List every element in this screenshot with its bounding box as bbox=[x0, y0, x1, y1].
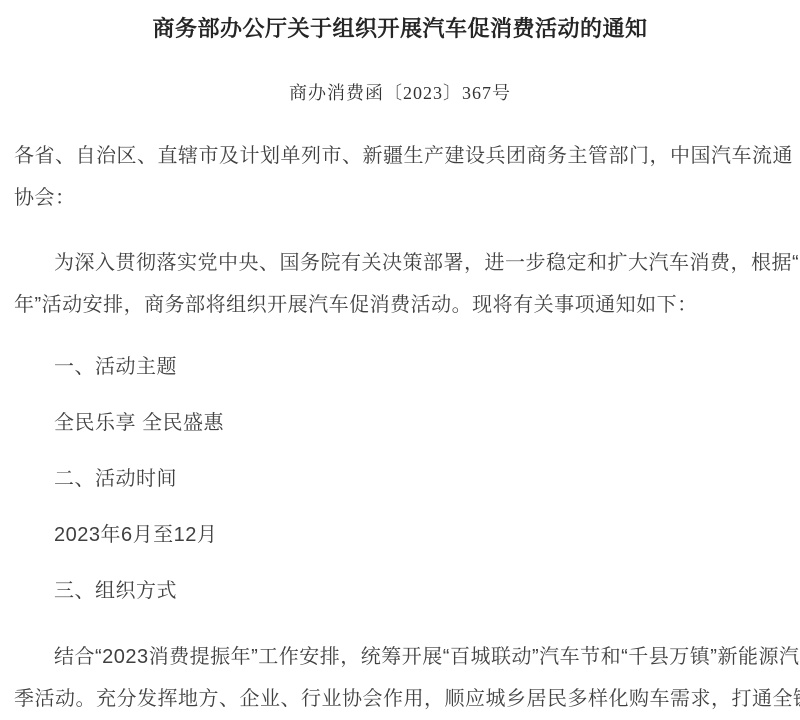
section-3-heading-block: 三、组织方式 bbox=[14, 570, 786, 612]
intro-line-2: 年”活动安排，商务部将组织开展汽车促消费活动。现将有关事项通知如下： bbox=[14, 284, 786, 326]
document-page: 商务部办公厅关于组织开展汽车促消费活动的通知 商办消费函〔2023〕367号 各… bbox=[0, 0, 800, 720]
section-2-heading: 二、活动时间 bbox=[14, 458, 786, 500]
section-1-heading-block: 一、活动主题 bbox=[14, 346, 786, 388]
salutation-line-1: 各省、自治区、直辖市及计划单列市、新疆生产建设兵团商务主管部门，中国汽车流通 bbox=[14, 135, 786, 177]
section-2-heading-block: 二、活动时间 bbox=[14, 458, 786, 500]
document-number: 商办消费函〔2023〕367号 bbox=[14, 82, 786, 104]
document-title: 商务部办公厅关于组织开展汽车促消费活动的通知 bbox=[14, 16, 786, 42]
section-1-heading: 一、活动主题 bbox=[14, 346, 786, 388]
salutation-line-2: 协会： bbox=[14, 177, 786, 219]
section-1-content-block: 全民乐享 全民盛惠 bbox=[14, 402, 786, 444]
section-1-content: 全民乐享 全民盛惠 bbox=[14, 402, 786, 444]
section-3-heading: 三、组织方式 bbox=[14, 570, 786, 612]
intro-paragraph: 为深入贯彻落实党中央、国务院有关决策部署，进一步稳定和扩大汽车消费，根据“202… bbox=[14, 242, 786, 326]
intro-line-1: 为深入贯彻落实党中央、国务院有关决策部署，进一步稳定和扩大汽车消费，根据“202… bbox=[14, 242, 786, 284]
closing-line-2: 季活动。充分发挥地方、企业、行业协会作用，顺应城乡居民多样化购车需求，打通全链条… bbox=[14, 678, 786, 720]
closing-line-1: 结合“2023消费提振年”工作安排，统筹开展“百城联动”汽车节和“千县万镇”新能… bbox=[14, 636, 786, 678]
salutation-paragraph: 各省、自治区、直辖市及计划单列市、新疆生产建设兵团商务主管部门，中国汽车流通 协… bbox=[14, 135, 786, 219]
section-2-content: 2023年6月至12月 bbox=[14, 514, 786, 556]
closing-paragraph: 结合“2023消费提振年”工作安排，统筹开展“百城联动”汽车节和“千县万镇”新能… bbox=[14, 636, 786, 720]
section-2-content-block: 2023年6月至12月 bbox=[14, 514, 786, 556]
